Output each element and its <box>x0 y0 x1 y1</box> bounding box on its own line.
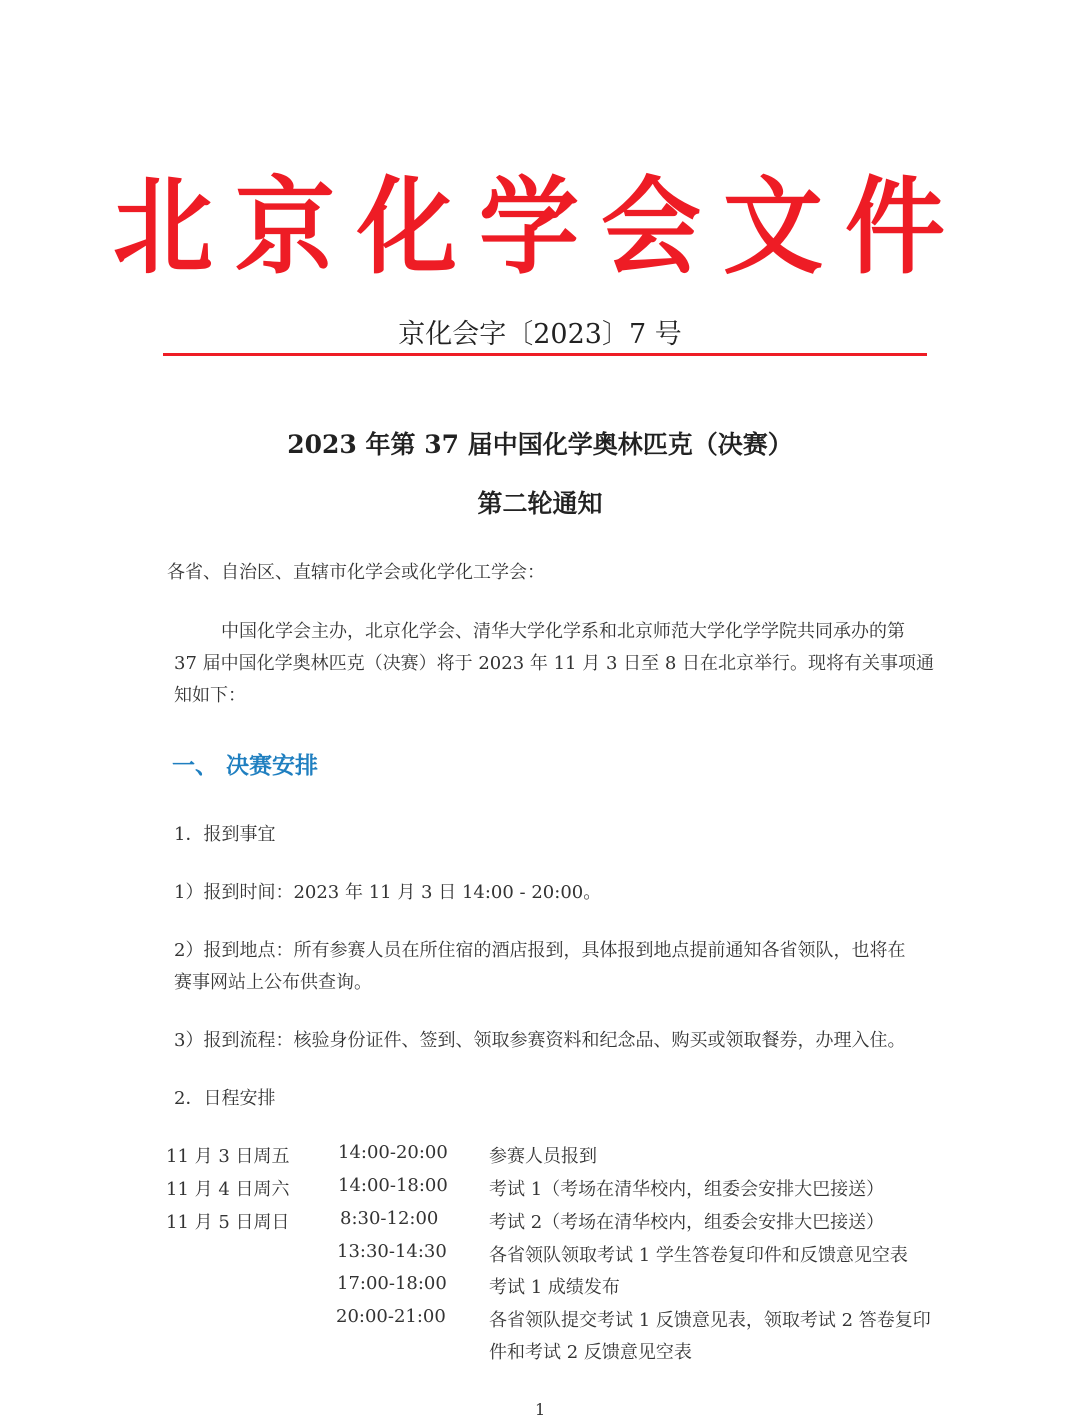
registration-location-line-2: 赛事网站上公布供查询。 <box>174 968 372 994</box>
red-divider <box>163 353 927 356</box>
salutation: 各省、自治区、直辖市化学会或化学化工学会： <box>167 558 545 584</box>
registration-location-line-1: 2）报到地点：所有参赛人员在所住宿的酒店报到，具体报到地点提前通知各省领队，也将… <box>174 936 905 962</box>
notice-title: 2023 年第 37 届中国化学奥林匹克（决赛） <box>0 425 1080 461</box>
schedule-date: 11 月 4 日周六 <box>166 1175 290 1201</box>
registration-time: 1）报到时间：2023 年 11 月 3 日 14:00 - 20:00。 <box>174 878 601 904</box>
subsection-registration: 1．报到事宜 <box>174 820 275 846</box>
schedule-event: 考试 1（考场在清华校内，组委会安排大巴接送） <box>489 1175 884 1201</box>
schedule-event-continued: 件和考试 2 反馈意见空表 <box>489 1338 692 1364</box>
subsection-schedule: 2．日程安排 <box>174 1084 275 1110</box>
intro-line-2: 37 届中国化学奥林匹克（决赛）将于 2023 年 11 月 3 日至 8 日在… <box>174 649 934 675</box>
schedule-event: 参赛人员报到 <box>489 1142 597 1168</box>
schedule-time: 14:00-18:00 <box>338 1175 448 1196</box>
schedule-time: 8:30-12:00 <box>340 1208 438 1229</box>
schedule-time: 17:00-18:00 <box>337 1273 447 1294</box>
section-heading: 一、 决赛安排 <box>172 747 318 780</box>
schedule-date: 11 月 3 日周五 <box>166 1142 290 1168</box>
masthead-title: 北京化学会文件 <box>0 165 1080 291</box>
schedule-time: 20:00-21:00 <box>336 1306 446 1327</box>
schedule-event: 考试 1 成绩发布 <box>489 1273 620 1299</box>
schedule-time: 14:00-20:00 <box>338 1142 448 1163</box>
schedule-time: 13:30-14:30 <box>337 1241 447 1262</box>
schedule-event: 各省领队提交考试 1 反馈意见表，领取考试 2 答卷复印 <box>489 1306 931 1332</box>
schedule-date: 11 月 5 日周日 <box>166 1208 290 1234</box>
registration-process: 3）报到流程：核验身份证件、签到、领取参赛资料和纪念品、购买或领取餐券，办理入住… <box>174 1026 905 1052</box>
document-number: 京化会字〔2023〕7 号 <box>0 312 1080 351</box>
schedule-event: 各省领队领取考试 1 学生答卷复印件和反馈意见空表 <box>489 1241 908 1267</box>
schedule-event: 考试 2（考场在清华校内，组委会安排大巴接送） <box>489 1208 884 1234</box>
intro-line-3: 知如下： <box>174 681 246 707</box>
page-number: 1 <box>535 1400 545 1419</box>
notice-subtitle: 第二轮通知 <box>0 484 1080 520</box>
intro-line-1: 中国化学会主办，北京化学会、清华大学化学系和北京师范大学化学学院共同承办的第 <box>221 617 905 643</box>
